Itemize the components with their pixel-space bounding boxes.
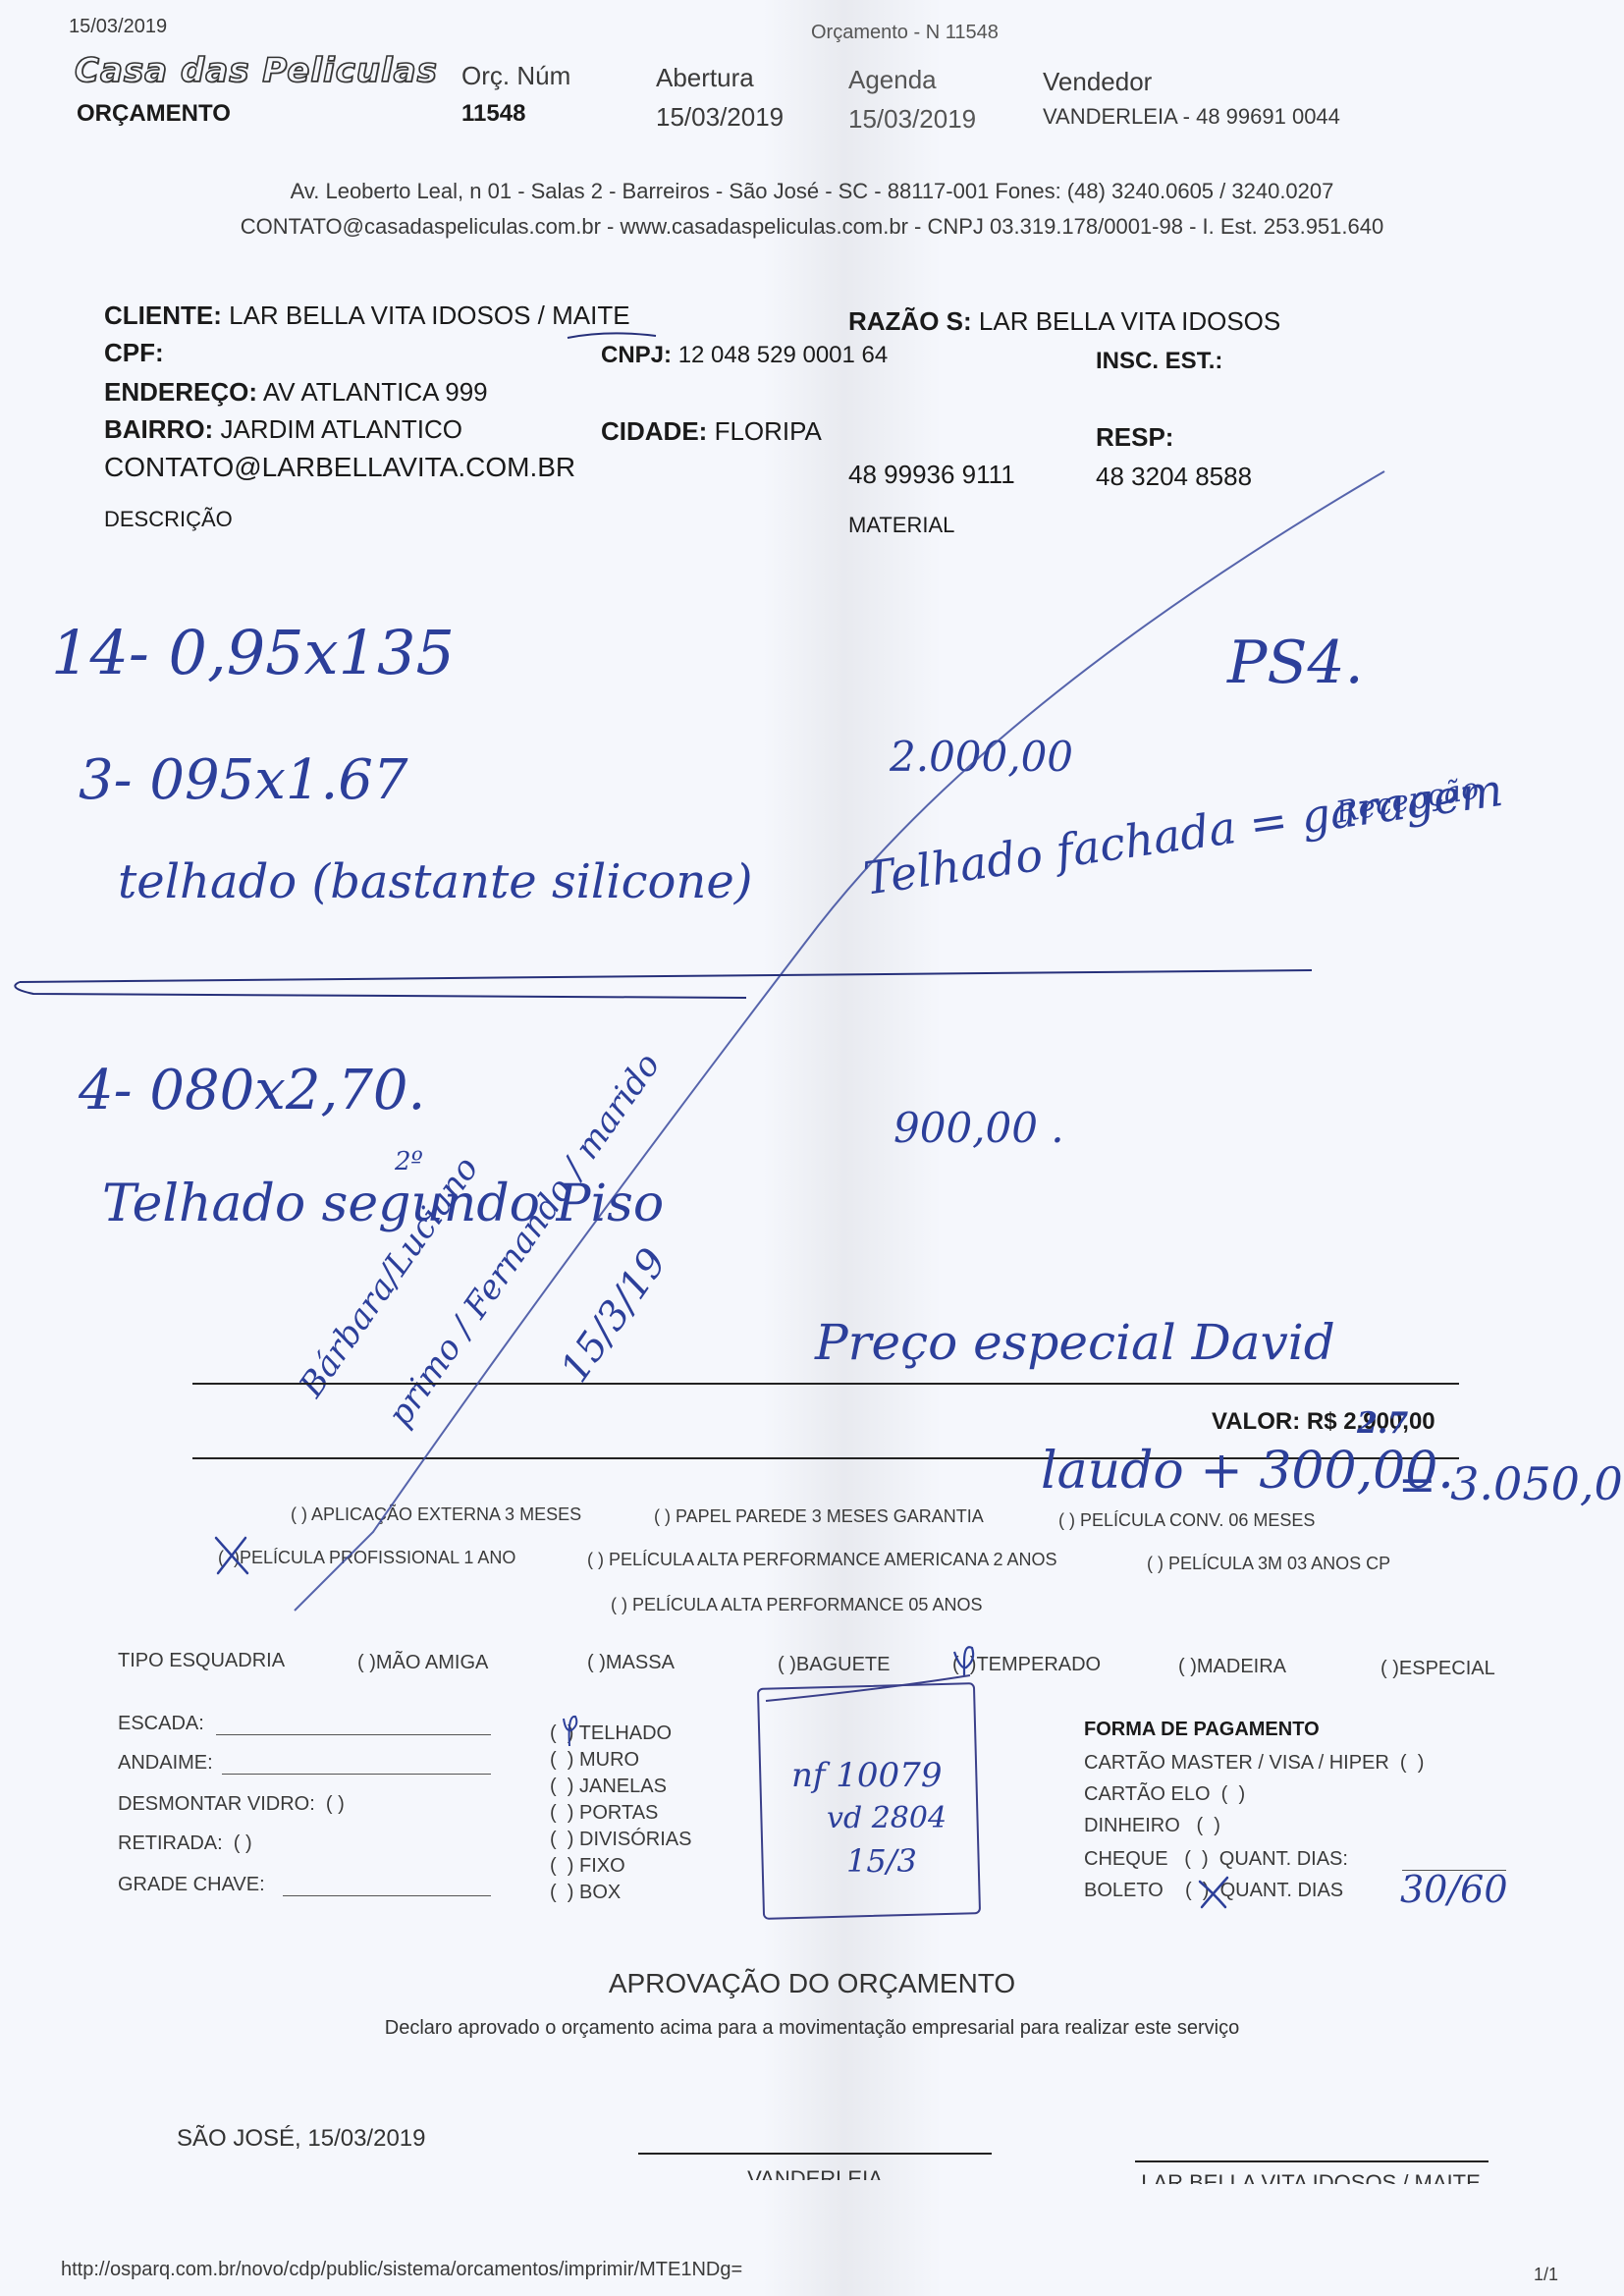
client-signature-name: LAR BELLA VITA IDOSOS / MAITE bbox=[1100, 2170, 1522, 2184]
andaime-field-line[interactable] bbox=[222, 1774, 491, 1775]
payment-option-cartao-master[interactable]: CARTÃO MASTER / VISA / HIPER ( ) bbox=[1084, 1752, 1424, 1775]
payment-option-cheque[interactable]: CHEQUE ( ) QUANT. DIAS: bbox=[1084, 1848, 1348, 1871]
hand-laudo: laudo + 300,00. bbox=[1041, 1442, 1454, 1501]
esquadria-option-mao-amiga[interactable]: ( )MÃO AMIGA bbox=[357, 1652, 488, 1674]
company-address: Av. Leoberto Leal, n 01 - Salas 2 - Barr… bbox=[0, 179, 1624, 204]
payment-title: FORMA DE PAGAMENTO bbox=[1084, 1719, 1320, 1741]
orc-num-label: Orç. Núm bbox=[461, 61, 570, 91]
checkmark-x-icon bbox=[1196, 1874, 1231, 1916]
payment-option-dinheiro[interactable]: DINHEIRO ( ) bbox=[1084, 1815, 1220, 1837]
cliente-field: CLIENTE: LAR BELLA VITA IDOSOS / MAITE bbox=[104, 301, 630, 331]
company-logo: Casa das Peliculas bbox=[75, 51, 438, 90]
vendedor-value: VANDERLEIA - 48 99691 0044 bbox=[1043, 104, 1340, 130]
esquadria-option-especial[interactable]: ( )ESPECIAL bbox=[1380, 1658, 1495, 1680]
hand-item-5-superscript: 2º bbox=[395, 1147, 423, 1176]
warranty-option-aplicacao-externa[interactable]: ( ) APLICAÇÃO EXTERNA 3 MESES bbox=[291, 1504, 581, 1525]
cidade-value: FLORIPA bbox=[715, 416, 822, 446]
description-rule-1 bbox=[192, 1383, 1459, 1385]
hand-item-4: 4- 080x2,70. bbox=[79, 1059, 425, 1122]
cidade-field: CIDADE: FLORIPA bbox=[601, 416, 822, 447]
grade-chave-label: GRADE CHAVE: bbox=[118, 1874, 265, 1896]
company-contact: CONTATO@casadaspeliculas.com.br - www.ca… bbox=[0, 214, 1624, 240]
bairro-value: JARDIM ATLANTICO bbox=[220, 414, 462, 444]
local-option-janelas[interactable]: ( ) JANELAS bbox=[550, 1774, 691, 1800]
hand-total: = 3.050,00 bbox=[1398, 1457, 1624, 1510]
resp-label: RESP: bbox=[1096, 422, 1173, 453]
cpf-label: CPF: bbox=[104, 338, 164, 368]
razao-field: RAZÃO S: LAR BELLA VITA IDOSOS bbox=[848, 306, 1280, 337]
hand-invoice-number: nf 10079 bbox=[791, 1756, 942, 1795]
print-date: 15/03/2019 bbox=[69, 16, 167, 38]
checkmark-icon bbox=[950, 1642, 986, 1682]
warranty-option-alta-performance-americana[interactable]: ( ) PELÍCULA ALTA PERFORMANCE AMERICANA … bbox=[587, 1550, 1056, 1570]
client-phone-2: 48 3204 8588 bbox=[1096, 462, 1252, 492]
esquadria-option-madeira[interactable]: ( )MADEIRA bbox=[1178, 1656, 1286, 1678]
esquadria-option-massa[interactable]: ( )MASSA bbox=[587, 1652, 675, 1674]
local-option-box[interactable]: ( ) BOX bbox=[550, 1880, 691, 1906]
cidade-label: CIDADE: bbox=[601, 416, 707, 446]
approval-title: APROVAÇÃO DO ORÇAMENTO bbox=[0, 1968, 1624, 1999]
bairro-label: BAIRRO: bbox=[104, 414, 213, 444]
cliente-label: CLIENTE: bbox=[104, 301, 222, 330]
abertura-label: Abertura bbox=[656, 63, 754, 93]
hand-item-1: 14- 0,95x135 bbox=[51, 617, 455, 688]
endereco-value: AV ATLANTICA 999 bbox=[263, 377, 488, 407]
descricao-column-header: DESCRIÇÃO bbox=[104, 507, 233, 532]
agenda-value: 15/03/2019 bbox=[848, 104, 976, 135]
hand-vd-number: vd 2804 bbox=[827, 1801, 947, 1835]
material-column-header: MATERIAL bbox=[848, 513, 954, 538]
andaime-label: ANDAIME: bbox=[118, 1752, 213, 1775]
hand-item-2: 3- 095x1.67 bbox=[79, 748, 408, 812]
local-option-divisorias[interactable]: ( ) DIVISÓRIAS bbox=[550, 1827, 691, 1853]
hand-valor-overwrite: 2.7 bbox=[1357, 1406, 1408, 1441]
escada-label: ESCADA: bbox=[118, 1713, 204, 1735]
abertura-value: 15/03/2019 bbox=[656, 102, 784, 133]
approval-statement: Declaro aprovado o orçamento acima para … bbox=[0, 2017, 1624, 2040]
hand-box-date: 15/3 bbox=[846, 1842, 917, 1880]
vendor-signature-line[interactable] bbox=[638, 2153, 992, 2155]
retirada-field[interactable]: RETIRADA: ( ) bbox=[118, 1832, 252, 1855]
checkmark-icon bbox=[560, 1713, 583, 1753]
local-option-fixo[interactable]: ( ) FIXO bbox=[550, 1853, 691, 1880]
hand-item-3: telhado (bastante silicone) bbox=[118, 854, 752, 909]
client-phone-1: 48 99936 9111 bbox=[848, 460, 1015, 490]
desmontar-vidro-field[interactable]: DESMONTAR VIDRO: ( ) bbox=[118, 1793, 345, 1816]
cliente-value: LAR BELLA VITA IDOSOS / MAITE bbox=[229, 301, 629, 330]
insc-est-label: INSC. EST.: bbox=[1096, 348, 1222, 375]
vendedor-label: Vendedor bbox=[1043, 67, 1152, 97]
hand-boleto-days: 30/60 bbox=[1400, 1868, 1508, 1911]
print-doc-ref: Orçamento - N 11548 bbox=[811, 22, 999, 44]
endereco-label: ENDEREÇO: bbox=[104, 377, 257, 407]
valor-label: VALOR: R$ bbox=[1212, 1408, 1337, 1435]
cnpj-value: 12 048 529 0001 64 bbox=[678, 342, 889, 368]
warranty-option-pelicula-profissional[interactable]: ( )PELÍCULA PROFISSIONAL 1 ANO bbox=[218, 1548, 515, 1568]
bairro-field: BAIRRO: JARDIM ATLANTICO bbox=[104, 414, 462, 445]
approval-place-date: SÃO JOSÉ, 15/03/2019 bbox=[177, 2125, 426, 2153]
warranty-option-3m[interactable]: ( ) PELÍCULA 3M 03 ANOS CP bbox=[1147, 1554, 1390, 1574]
razao-value: LAR BELLA VITA IDOSOS bbox=[979, 306, 1280, 336]
payment-option-cartao-elo[interactable]: CARTÃO ELO ( ) bbox=[1084, 1783, 1245, 1806]
client-email: CONTATO@LARBELLAVITA.COM.BR bbox=[104, 452, 575, 483]
warranty-option-pelicula-conv[interactable]: ( ) PELÍCULA CONV. 06 MESES bbox=[1058, 1510, 1315, 1531]
warranty-option-alta-performance-05[interactable]: ( ) PELÍCULA ALTA PERFORMANCE 05 ANOS bbox=[611, 1595, 982, 1615]
cnpj-label: CNPJ: bbox=[601, 342, 672, 368]
cnpj-field: CNPJ: 12 048 529 0001 64 bbox=[601, 342, 888, 369]
doc-type-title: ORÇAMENTO bbox=[77, 100, 231, 128]
vendor-signature-name: VANDERLEIA bbox=[638, 2166, 992, 2180]
grade-chave-field-line[interactable] bbox=[283, 1895, 491, 1896]
endereco-field: ENDEREÇO: AV ATLANTICA 999 bbox=[104, 377, 488, 408]
agenda-label: Agenda bbox=[848, 65, 937, 95]
orc-num-value: 11548 bbox=[461, 100, 525, 128]
checkmark-x-icon bbox=[210, 1534, 253, 1582]
escada-field-line[interactable] bbox=[216, 1734, 491, 1735]
hand-price-1: 2.000,00 bbox=[890, 733, 1073, 781]
esquadria-option-baguete[interactable]: ( )BAGUETE bbox=[778, 1654, 890, 1676]
hand-special-price-note: Preço especial David bbox=[815, 1314, 1335, 1371]
hand-material-1: PS4. bbox=[1227, 629, 1364, 697]
hand-price-2: 900,00 . bbox=[893, 1104, 1064, 1152]
warranty-option-papel-parede[interactable]: ( ) PAPEL PAREDE 3 MESES GARANTIA bbox=[654, 1506, 984, 1527]
razao-label: RAZÃO S: bbox=[848, 306, 972, 336]
page-number: 1/1 bbox=[1534, 2265, 1558, 2285]
client-signature-line[interactable] bbox=[1135, 2160, 1489, 2162]
esquadria-label: TIPO ESQUADRIA bbox=[118, 1650, 285, 1672]
local-option-portas[interactable]: ( ) PORTAS bbox=[550, 1800, 691, 1827]
print-url[interactable]: http://osparq.com.br/novo/cdp/public/sis… bbox=[61, 2259, 742, 2281]
